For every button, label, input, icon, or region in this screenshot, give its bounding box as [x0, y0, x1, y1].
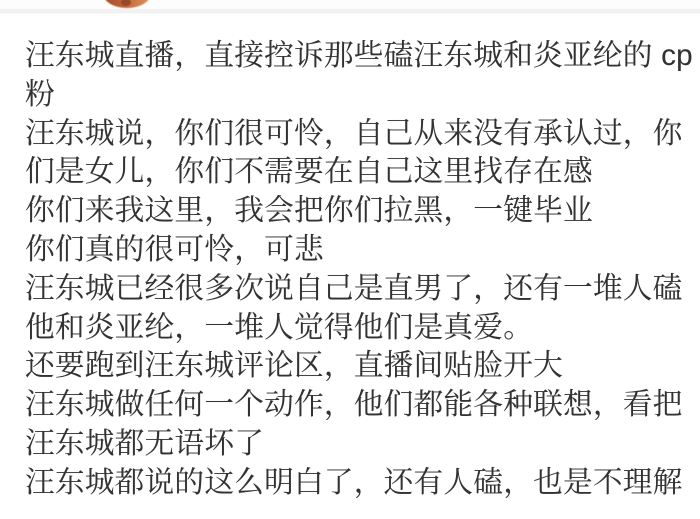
top-strip: [0, 0, 700, 9]
post-text-line: 汪东城已经很多次说自己是直男了，还有一堆人磕: [25, 270, 680, 309]
post-text-line: 汪东城都说的这么明白了，还有人磕，也是不理解: [25, 464, 680, 503]
post-text-line: 你们真的很可怜，可悲: [25, 231, 680, 270]
post-text-line: 粉: [25, 76, 680, 115]
post-text-line: 汪东城做任何一个动作，他们都能各种联想，看把: [25, 386, 680, 425]
post-text-line: 你们来我这里，我会把你们拉黑，一键毕业: [25, 192, 680, 231]
post-text-line: 他和炎亚纶，一堆人觉得他们是真爱。: [25, 309, 680, 348]
screenshot-seam-divider: [0, 9, 700, 13]
post-text-line: 还要跑到汪东城评论区，直播间贴脸开大: [25, 347, 680, 386]
post-text-line: 汪东城都无语坏了: [25, 425, 680, 464]
post-text-line: 汪东城说，你们很可怜，自己从来没有承认过，你: [25, 115, 680, 154]
post-text-block: 汪东城直播，直接控诉那些磕汪东城和炎亚纶的 cp 粉 汪东城说，你们很可怜，自己…: [0, 37, 700, 503]
post-text-line: 们是女儿，你们不需要在自己这里找存在感: [25, 153, 680, 192]
post-text-line: 汪东城直播，直接控诉那些磕汪东城和炎亚纶的 cp: [25, 37, 680, 76]
